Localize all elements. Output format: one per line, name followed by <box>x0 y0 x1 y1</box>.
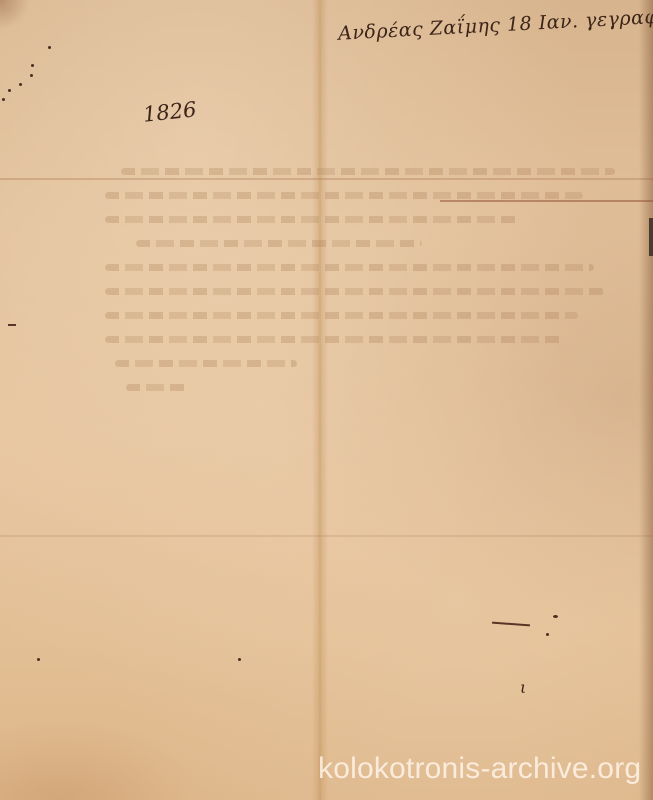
ink-speck <box>37 658 40 661</box>
corner-stain <box>0 0 30 30</box>
ink-speck <box>31 64 34 67</box>
bleed-line <box>115 360 297 367</box>
bleed-line <box>136 240 422 247</box>
bleed-line <box>105 312 578 319</box>
ink-speck <box>553 615 558 618</box>
archive-watermark: kolokotronis-archive.org <box>318 752 641 786</box>
ink-speck <box>48 46 51 49</box>
bleed-line <box>105 216 521 223</box>
horizontal-fold-crease-lower <box>0 535 653 537</box>
ink-stroke <box>492 622 530 627</box>
bleed-line <box>121 168 615 175</box>
bleed-line <box>105 264 594 271</box>
bleed-line <box>126 384 188 391</box>
bottom-mark: ι <box>520 678 526 697</box>
bleed-through-text-block <box>105 168 625 408</box>
year-annotation: 1826 <box>142 97 198 126</box>
binding-tab <box>649 218 653 256</box>
bleed-line <box>105 336 563 343</box>
header-annotation: Ανδρέας Ζαΐμης 18 Ιαν. γεγραφα <box>338 5 653 44</box>
ink-speck <box>2 98 5 101</box>
ink-stroke <box>8 324 16 326</box>
bleed-line <box>105 192 583 199</box>
paper-right-edge <box>639 0 653 800</box>
ink-speck <box>546 633 549 636</box>
ink-speck <box>238 658 241 661</box>
ink-speck <box>19 83 22 86</box>
ink-speck <box>30 74 33 77</box>
water-stain <box>0 720 200 800</box>
bleed-line <box>105 288 604 295</box>
document-scan: Ανδρέας Ζαΐμης 18 Ιαν. γεγραφα 1826 ι ko… <box>0 0 653 800</box>
ink-speck <box>8 89 11 92</box>
